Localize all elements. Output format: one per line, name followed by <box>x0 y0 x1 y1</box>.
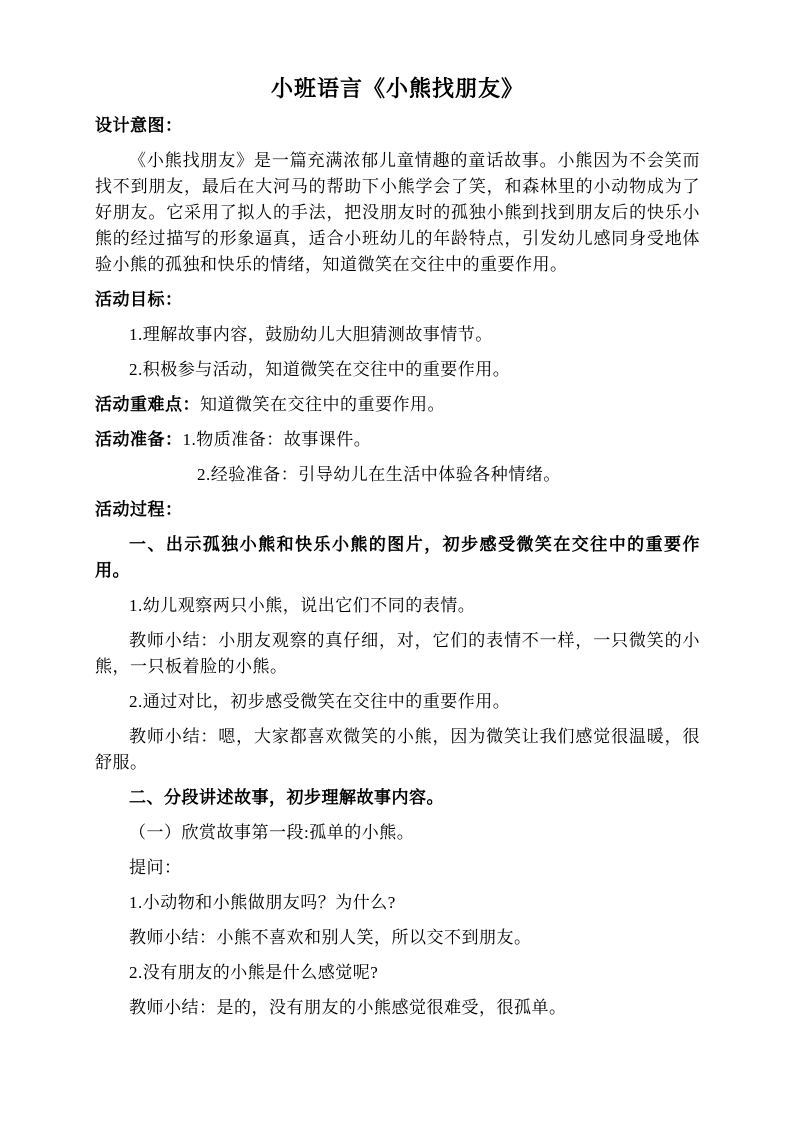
process-step-1-heading: 一、出示孤独小熊和快乐小熊的图片，初步感受微笑在交往中的重要作用。 <box>95 532 700 584</box>
preparation-line: 活动准备：1.物质准备：故事课件。 <box>95 427 700 453</box>
goal-item-1: 1.理解故事内容，鼓励幼儿大胆猜测故事情节。 <box>95 322 700 348</box>
key-points-label: 活动重难点： <box>95 395 200 414</box>
step2-part1-heading: （一）欣赏故事第一段:孤单的小熊。 <box>95 820 700 846</box>
key-points-text: 知道微笑在交往中的重要作用。 <box>200 395 445 414</box>
section-heading-goals: 活动目标： <box>95 287 700 313</box>
step1-item-2: 2.通过对比，初步感受微笑在交往中的重要作用。 <box>95 689 700 715</box>
step1-teacher-summary-2: 教师小结：嗯，大家都喜欢微笑的小熊，因为微笑让我们感觉很温暖，很舒服。 <box>95 724 700 776</box>
question-2-teacher-summary: 教师小结：是的，没有朋友的小熊感觉很难受，很孤单。 <box>95 995 700 1021</box>
question-2: 2.没有朋友的小熊是什么感觉呢? <box>95 960 700 986</box>
section-heading-process: 活动过程： <box>95 497 700 523</box>
key-points-line: 活动重难点：知道微笑在交往中的重要作用。 <box>95 392 700 418</box>
step1-teacher-summary-1: 教师小结：小朋友观察的真仔细，对，它们的表情不一样，一只微笑的小熊，一只板着脸的… <box>95 628 700 680</box>
design-intent-paragraph: 《小熊找朋友》是一篇充满浓郁儿童情趣的童话故事。小熊因为不会笑而找不到朋友，最后… <box>95 148 700 278</box>
question-1-teacher-summary: 教师小结：小熊不喜欢和别人笑，所以交不到朋友。 <box>95 925 700 951</box>
process-step-2-heading: 二、分段讲述故事，初步理解故事内容。 <box>95 785 700 811</box>
section-heading-design-intent: 设计意图： <box>95 113 700 139</box>
preparation-item-2: 2.经验准备：引导幼儿在生活中体验各种情绪。 <box>95 462 700 488</box>
doc-title: 小班语言《小熊找朋友》 <box>95 74 700 104</box>
questions-label: 提问： <box>95 855 700 881</box>
question-1: 1.小动物和小熊做朋友吗？为什么? <box>95 890 700 916</box>
preparation-label: 活动准备： <box>95 430 183 449</box>
step1-item-1: 1.幼儿观察两只小熊，说出它们不同的表情。 <box>95 593 700 619</box>
goal-item-2: 2.积极参与活动，知道微笑在交往中的重要作用。 <box>95 357 700 383</box>
preparation-item-1: 1.物质准备：故事课件。 <box>183 430 372 449</box>
document-page: 小班语言《小熊找朋友》 设计意图： 《小熊找朋友》是一篇充满浓郁儿童情趣的童话故… <box>0 0 794 1123</box>
